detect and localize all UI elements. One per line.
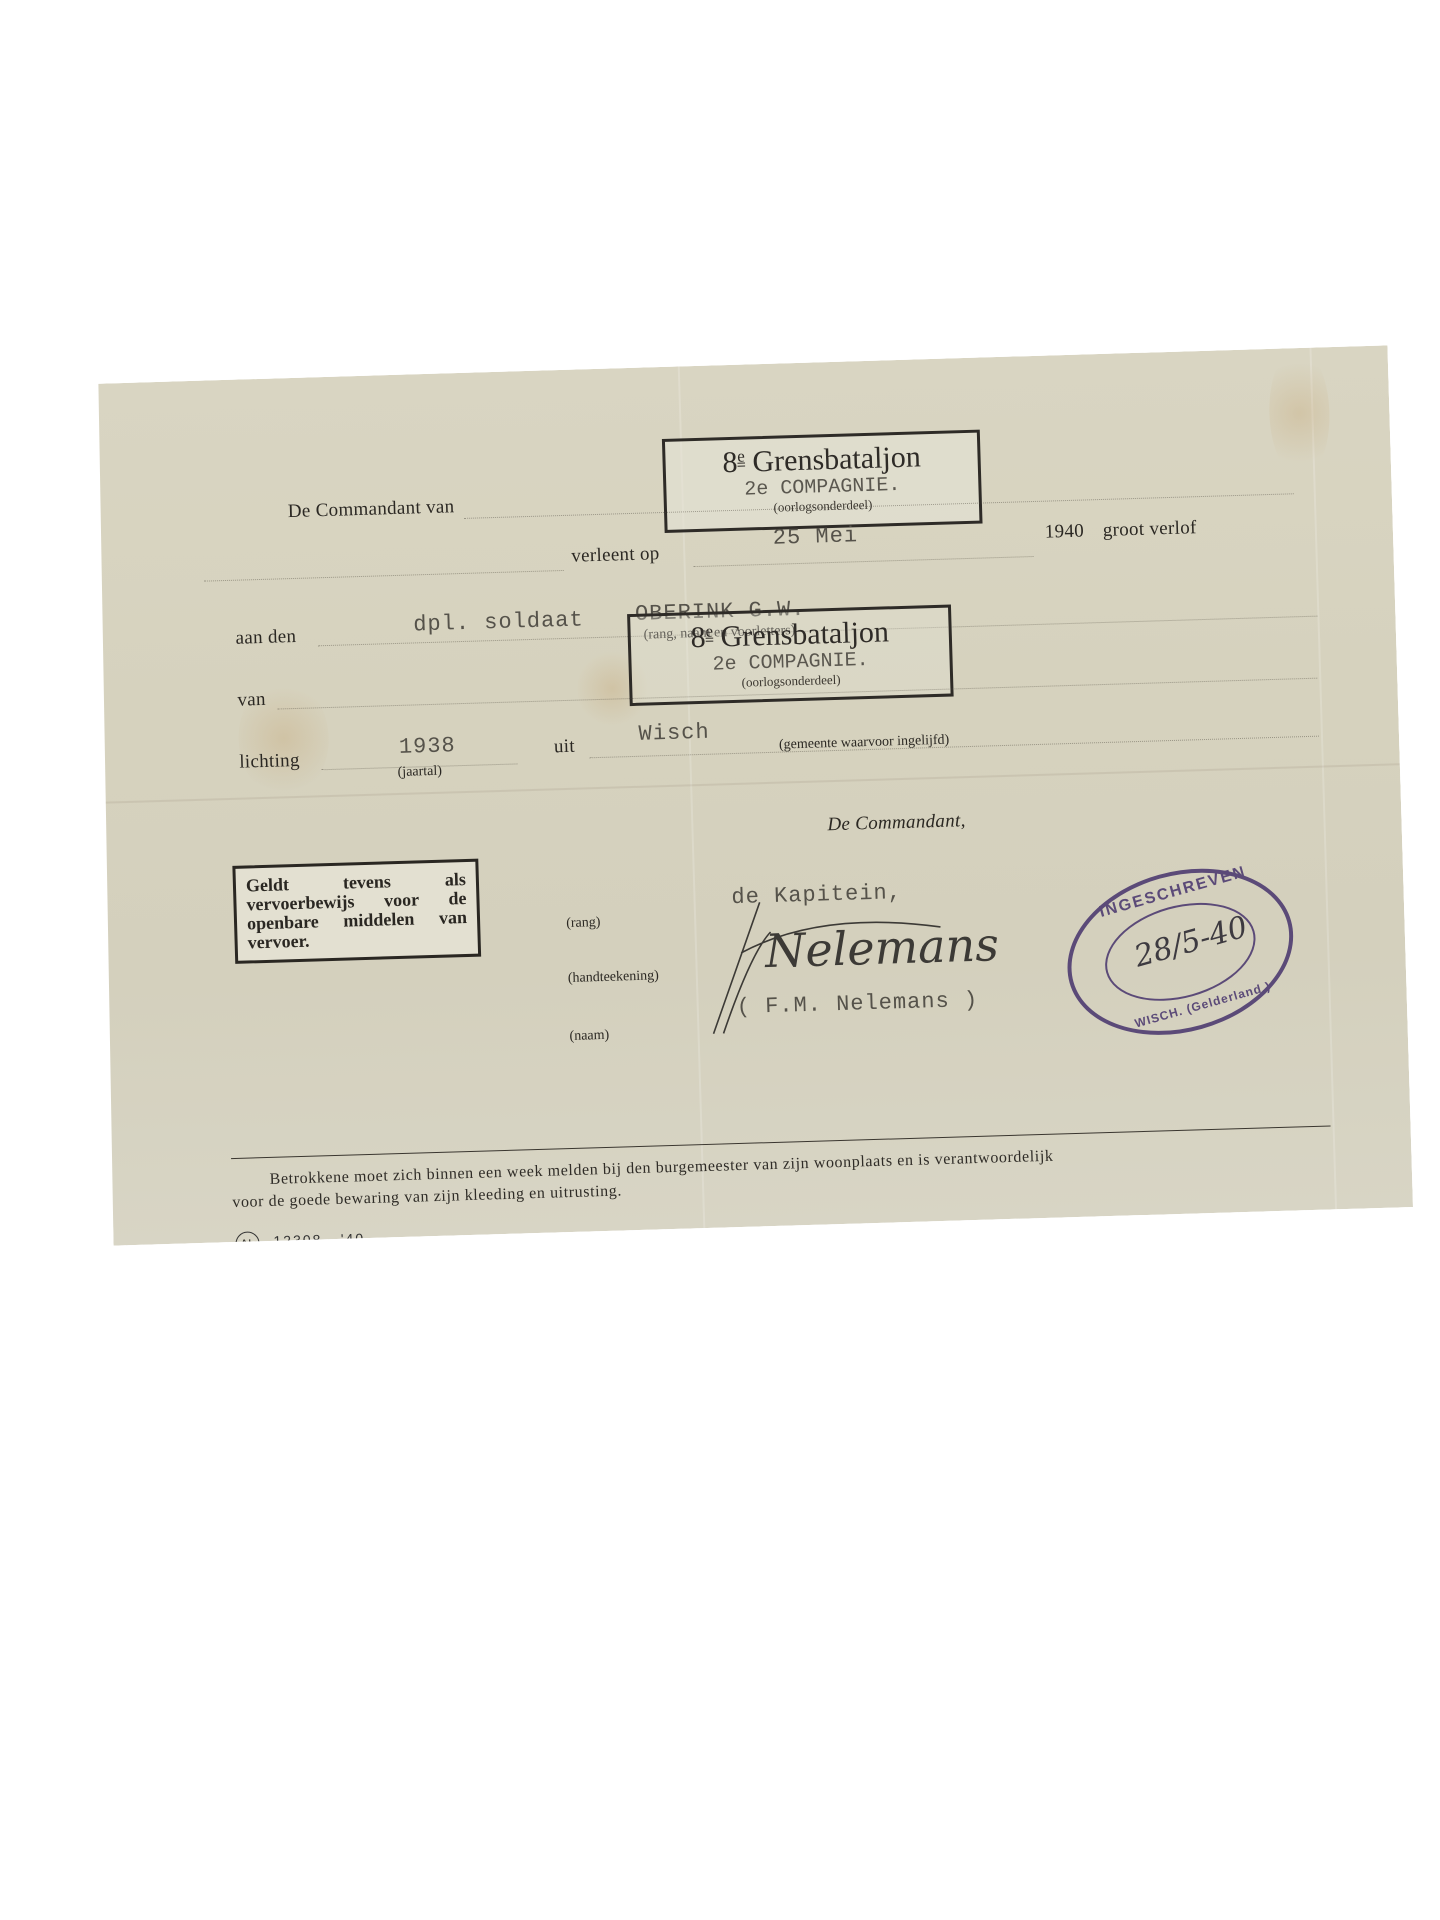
printer-code: 12308 - '40: [273, 1230, 365, 1249]
leave-year: 1940: [1045, 521, 1085, 544]
header-unit-stamp: 8e Grensbataljon 2e COMPAGNIE. (oorlogso…: [662, 430, 983, 533]
municipality: Wisch: [638, 720, 710, 747]
fill-line: [694, 556, 1034, 567]
municipality-caption: (gemeente waarvoor ingelijfd): [779, 733, 950, 754]
groot-verlof-label: groot verlof: [1102, 517, 1196, 542]
jaartal-caption: (jaartal): [397, 764, 442, 781]
fill-line: [204, 570, 564, 582]
uit-label: uit: [554, 736, 576, 759]
signatory-heading: De Commandant,: [827, 810, 966, 836]
commandant-van-label: De Commandant van: [288, 496, 455, 523]
footer-rule: [231, 1125, 1331, 1159]
transport-notice-box: Geldt tevens als vervoerbewijs voor de o…: [232, 859, 481, 964]
lichting-label: lichting: [239, 750, 300, 774]
stain: [1267, 347, 1331, 479]
registration-stamp: INGESCHREVEN WISCH. (Gelderland.) 28/5-4…: [1048, 844, 1313, 1060]
van-label: van: [237, 689, 266, 712]
lichting-year: 1938: [399, 733, 457, 760]
naam-caption: (naam): [569, 1028, 609, 1045]
leave-date: 25 Mei: [773, 523, 859, 551]
rang-caption: (rang): [566, 915, 601, 932]
signature-strokes-icon: [699, 886, 963, 1044]
verleent-op-label: verleent op: [571, 543, 660, 568]
soldier-rank: dpl. soldaat: [413, 607, 584, 637]
printer-logo-icon: AL: [235, 1231, 260, 1256]
document-sheet: 8e Grensbataljon 2e COMPAGNIE. (oorlogso…: [88, 345, 1413, 1245]
fold-line-vertical: [1309, 348, 1337, 1210]
handteekening-caption: (handteekening): [568, 968, 659, 987]
aan-den-label: aan den: [235, 626, 296, 650]
